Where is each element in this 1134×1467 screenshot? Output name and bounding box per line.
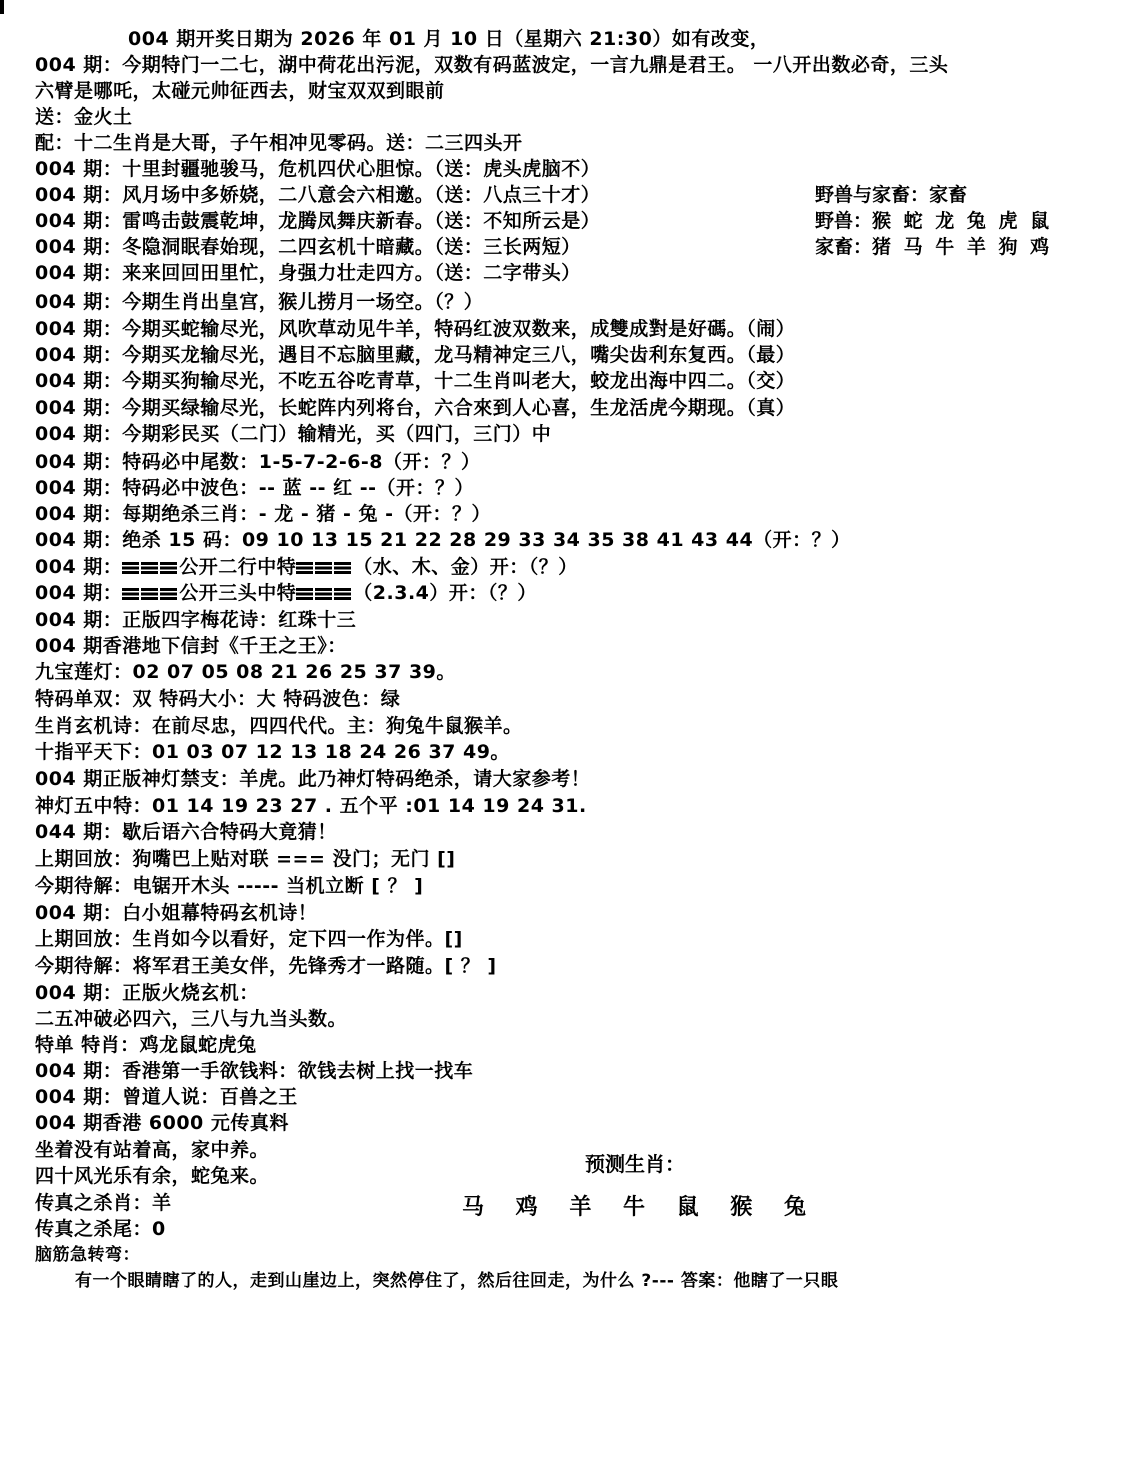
text-line: 044 期：歇后语六合特码大竟猜！ bbox=[35, 819, 337, 845]
text-line: 004 期：今期生肖出皇宫，猴儿捞月一场空。（？） bbox=[35, 289, 483, 315]
text-line: 生肖玄机诗：在前尽忠，四四代代。主：狗兔牛鼠猴羊。 bbox=[35, 713, 523, 739]
text-line: 送：金火土 bbox=[35, 104, 133, 130]
text-line: 004 期正版神灯禁支：羊虎。此乃神灯特码绝杀，请大家参考！ bbox=[35, 766, 590, 792]
text-line: 神灯五中特：01 14 19 23 27 . 五个平 :01 14 19 24 … bbox=[35, 793, 587, 819]
text-line: 004 期：冬隐洞眠春始现，二四玄机十暗藏。（送：三长两短） bbox=[35, 234, 581, 260]
text-line: 十指平天下：01 03 07 12 13 18 24 26 37 49。 bbox=[35, 739, 510, 765]
text-line: 上期回放：生肖如今以看好，定下四一作为伴。[] bbox=[35, 926, 463, 952]
text-line: 004 期：白小姐幕特码玄机诗！ bbox=[35, 900, 317, 926]
text-line: 004 期：风月场中多娇娆，二八意会六相邀。（送：八点三十才） bbox=[35, 182, 600, 208]
text-line: 004 期香港地下信封《千王之王》： bbox=[35, 633, 347, 659]
text-line: 配：十二生肖是大哥，子午相冲见零码。送：二三四头开 bbox=[35, 130, 523, 156]
text-line: 脑筋急转弯： bbox=[35, 1242, 140, 1268]
bars-icon bbox=[296, 555, 353, 581]
prefix: 004 期： bbox=[35, 582, 122, 604]
text-line: 004 期：正版四字梅花诗：红珠十三 bbox=[35, 607, 356, 633]
text-line: 004 期：今期特门一二七，湖中荷花出污泥，双数有码蓝波定，一言九鼎是君王。 一… bbox=[35, 52, 948, 78]
text-line: 特单 特肖：鸡龙鼠蛇虎兔 bbox=[35, 1032, 257, 1058]
text-line: 特码单双：双 特码大小：大 特码波色：绿 bbox=[35, 686, 400, 712]
bars-icon bbox=[296, 581, 353, 607]
text-line: 004 期：曾道人说：百兽之王 bbox=[35, 1084, 298, 1110]
animals-wild: 野兽：猴 蛇 龙 兔 虎 鼠 bbox=[815, 208, 1049, 234]
special-line-heads: 004 期：公开三头中特（2.3.4）开：（？） bbox=[35, 580, 537, 607]
tail: （水、木、金）开：（？） bbox=[353, 556, 578, 578]
text-line: 004 期：今期买狗输尽光，不吃五谷吃青草，十二生肖叫老大，蛟龙出海中四二。（交… bbox=[35, 368, 795, 394]
bars-icon bbox=[122, 555, 179, 581]
label: 公开三头中特 bbox=[179, 582, 296, 604]
label: 公开二行中特 bbox=[179, 556, 296, 578]
animals-domestic: 家畜：猪 马 牛 羊 狗 鸡 bbox=[815, 234, 1049, 260]
text-line: 004 期香港 6000 元传真料 bbox=[35, 1110, 289, 1136]
text-line: 传真之杀肖：羊 bbox=[35, 1190, 172, 1216]
text-line: 004 期：十里封疆驰骏马，危机四伏心胆惊。（送：虎头虎脑不） bbox=[35, 156, 600, 182]
text-line: 004 期：今期买蛇输尽光，风吹草动见牛羊，特码红波双数来，成雙成對是好碼。（闹… bbox=[35, 316, 795, 342]
prefix: 004 期： bbox=[35, 556, 122, 578]
text-line: 004 期：正版火烧玄机： bbox=[35, 980, 259, 1006]
riddle: 有一个眼睛瞎了的人，走到山崖边上，突然停住了，然后往回走，为什么 ?--- 答案… bbox=[75, 1268, 838, 1294]
text-line: 坐着没有站着高，家中养。 bbox=[35, 1137, 269, 1163]
text-line: 004 期：今期买绿输尽光，长蛇阵内列将台，六合來到人心喜，生龙活虎今期现。（真… bbox=[35, 395, 795, 421]
text-line: 今期待解：电锯开木头 ----- 当机立断 [ ？ ] bbox=[35, 873, 423, 899]
text-line: 004 期：今期买龙输尽光，遇目不忘脑里藏，龙马精神定三八，嘴尖齿利东复西。（最… bbox=[35, 342, 795, 368]
text-line: 004 期：特码必中尾数：1-5-7-2-6-8（开：？） bbox=[35, 449, 481, 475]
corner-mark bbox=[0, 0, 4, 14]
text-line: 今期待解：将军君王美女伴，先锋秀才一路随。[ ？ ] bbox=[35, 953, 497, 979]
text-line: 004 期：香港第一手欲钱料：欲钱去树上找一找车 bbox=[35, 1058, 473, 1084]
text-line: 九宝莲灯：02 07 05 08 21 26 25 37 39。 bbox=[35, 659, 456, 685]
text-line: 四十风光乐有余，蛇兔来。 bbox=[35, 1163, 269, 1189]
prediction-title: 预测生肖： bbox=[585, 1148, 685, 1177]
bars-icon bbox=[122, 581, 179, 607]
text-line: 004 期：雷鸣击鼓震乾坤，龙腾凤舞庆新春。（送：不知所云是） bbox=[35, 208, 600, 234]
text-line: 二五冲破必四六，三八与九当头数。 bbox=[35, 1006, 347, 1032]
prediction-list: 马 鸡 羊 牛 鼠 猴 兔 bbox=[462, 1190, 814, 1221]
animals-title: 野兽与家畜：家畜 bbox=[815, 182, 967, 208]
text-line: 004 期：绝杀 15 码：09 10 13 15 21 22 28 29 33… bbox=[35, 527, 851, 553]
tail: （2.3.4）开：（？） bbox=[353, 582, 537, 604]
draw-date-header: 004 期开奖日期为 2026 年 01 月 10 日（星期六 21:30）如有… bbox=[128, 26, 769, 52]
text-line: 六臂是哪吒，太碰元帅征西去，财宝双双到眼前 bbox=[35, 78, 445, 104]
text-line: 004 期：今期彩民买（二门）输精光，买（四门，三门）中 bbox=[35, 421, 551, 447]
text-line: 004 期：特码必中波色：-- 蓝 -- 红 --（开：？） bbox=[35, 475, 474, 501]
text-line: 传真之杀尾：0 bbox=[35, 1216, 166, 1242]
special-line-elements: 004 期：公开二行中特（水、木、金）开：（？） bbox=[35, 554, 578, 581]
text-line: 004 期：来来回回田里忙，身强力壮走四方。（送：二字带头） bbox=[35, 260, 581, 286]
text-line: 004 期：每期绝杀三肖：- 龙 - 猪 - 兔 -（开：？） bbox=[35, 501, 491, 527]
text-line: 上期回放：狗嘴巴上贴对联 === 没门；无门 [] bbox=[35, 846, 455, 872]
